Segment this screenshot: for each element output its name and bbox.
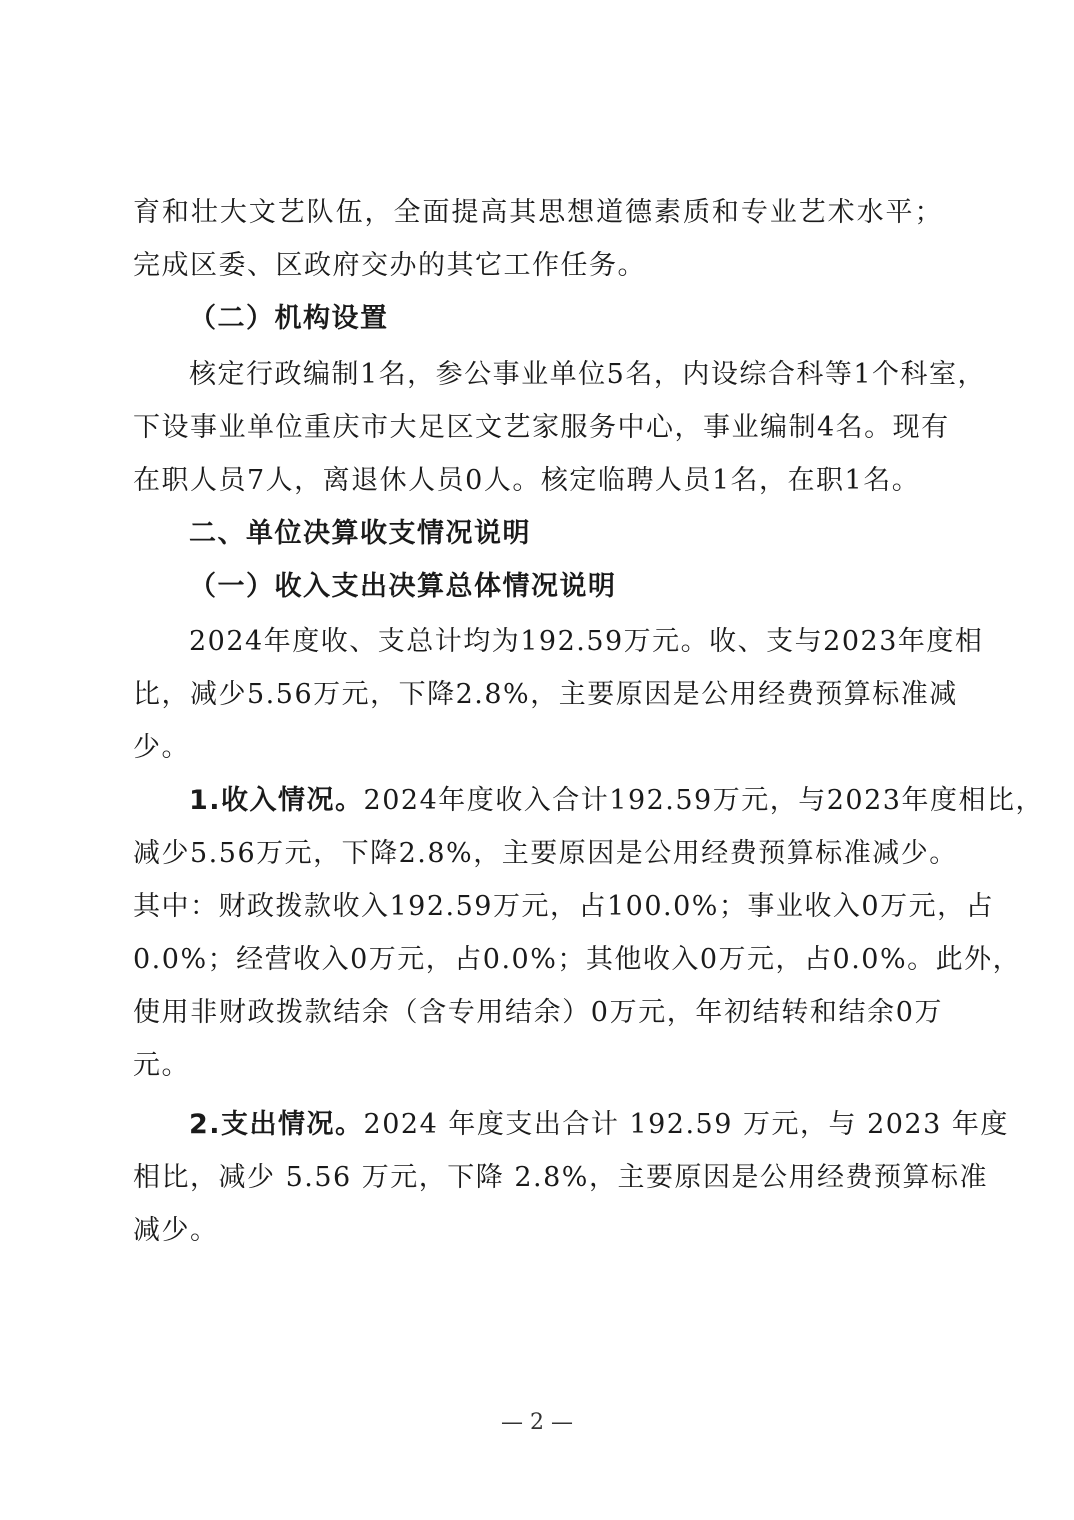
paragraph-line: 少。 bbox=[133, 730, 190, 766]
section-heading-2: 二、单位决算收支情况说明 bbox=[189, 516, 531, 552]
paragraph-line: 减少5.56万元，下降2.8%，主要原因是公用经费预算标准减少。 bbox=[133, 836, 943, 872]
subsection-heading-1: （一）收入支出决算总体情况说明 bbox=[189, 569, 617, 605]
paragraph-line: 相比，减少 5.56 万元，下降 2.8%，主要原因是公用经费预算标准 bbox=[133, 1160, 943, 1196]
paragraph-line: 0.0%；经营收入0万元，占0.0%；其他收入0万元，占0.0%。此外， bbox=[133, 942, 943, 978]
paragraph-line: 完成区委、区政府交办的其它工作任务。 bbox=[133, 248, 646, 284]
paragraph-line: 下设事业单位重庆市大足区文艺家服务中心，事业编制4名。现有 bbox=[133, 410, 943, 446]
paragraph-line: 在职人员7人，离退休人员0人。核定临聘人员1名，在职1名。 bbox=[133, 463, 920, 499]
expense-label: 2.支出情况。 bbox=[189, 1109, 364, 1140]
paragraph-line: 其中：财政拨款收入192.59万元，占100.0%；事业收入0万元，占 bbox=[133, 889, 943, 925]
paragraph-line: 减少。 bbox=[133, 1213, 219, 1249]
paragraph-line: 核定行政编制1名，参公事业单位5名，内设综合科等1个科室， bbox=[189, 357, 943, 393]
paragraph-line: 元。 bbox=[133, 1048, 190, 1084]
paragraph-line: 比，减少5.56万元，下降2.8%，主要原因是公用经费预算标准减 bbox=[133, 677, 943, 713]
section-heading-org: （二）机构设置 bbox=[189, 301, 389, 337]
paragraph-line: 育和壮大文艺队伍，全面提高其思想道德素质和专业艺术水平； bbox=[133, 195, 943, 231]
income-text: 2024年度收入合计192.59万元，与2023年度相比， bbox=[364, 785, 1044, 816]
income-label: 1.收入情况。 bbox=[189, 785, 364, 816]
expense-text: 2024 年度支出合计 192.59 万元，与 2023 年度 bbox=[364, 1109, 1009, 1140]
paragraph-line: 2024年度收、支总计均为192.59万元。收、支与2023年度相 bbox=[189, 624, 943, 660]
paragraph-line-expense: 2.支出情况。2024 年度支出合计 192.59 万元，与 2023 年度 bbox=[189, 1107, 1009, 1143]
page-number: — 2 — bbox=[0, 1410, 1074, 1435]
paragraph-line: 使用非财政拨款结余（含专用结余）0万元，年初结转和结余0万 bbox=[133, 995, 943, 1031]
paragraph-line-income: 1.收入情况。2024年度收入合计192.59万元，与2023年度相比， bbox=[189, 783, 1044, 819]
